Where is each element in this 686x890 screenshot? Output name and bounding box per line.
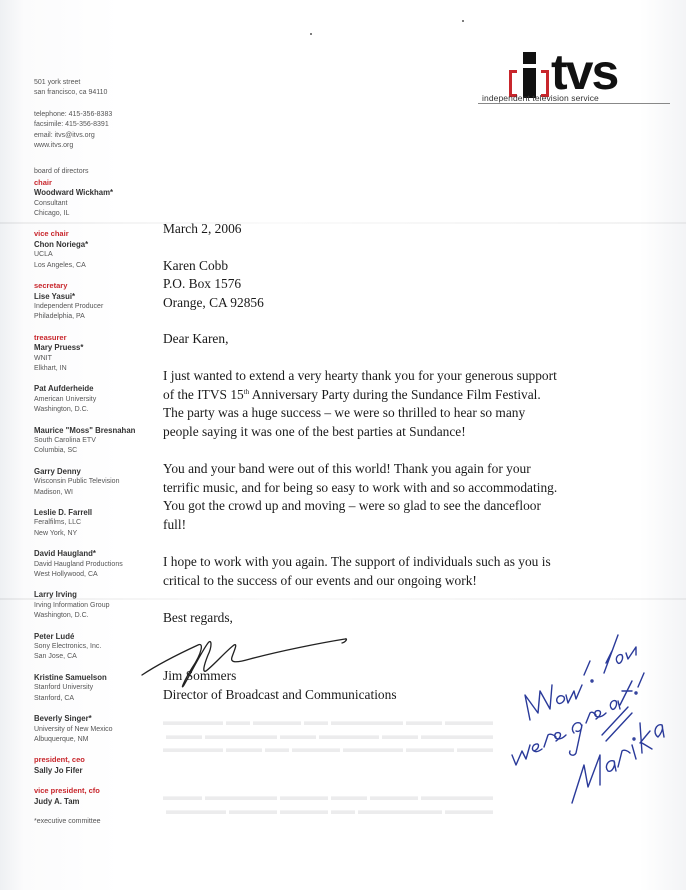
- text-segment: of the ITVS 15: [163, 387, 244, 402]
- board-member: David Haugland*David Haugland Production…: [34, 549, 154, 580]
- board-member-org: Independent Producer: [34, 302, 154, 312]
- board-member-name: Lise Yasui*: [34, 292, 154, 302]
- board-member-location: San Jose, CA: [34, 652, 154, 662]
- board-member: secretaryLise Yasui*Independent Producer…: [34, 281, 154, 323]
- board-member-org: Wisconsin Public Television: [34, 477, 154, 487]
- board-member-name: Beverly Singer*: [34, 714, 154, 724]
- text-line: You got the crowd up and moving – were s…: [163, 497, 673, 516]
- officer: vice president, cfoJudy A. Tam: [34, 786, 154, 807]
- board-of-directors: board of directors chairWoodward Wickham…: [34, 167, 154, 827]
- board-member-org: University of New Mexico: [34, 725, 154, 735]
- board-role: chair: [34, 178, 154, 188]
- board-member-name: Leslie D. Farrell: [34, 508, 154, 518]
- board-member-org: Irving Information Group: [34, 601, 154, 611]
- board-member: Maurice "Moss" BresnahanSouth Carolina E…: [34, 426, 154, 457]
- speck: [462, 20, 464, 22]
- recipient-name: Karen Cobb: [163, 257, 673, 276]
- board-role: secretary: [34, 281, 154, 291]
- logo-wordmark: tvs: [551, 47, 617, 97]
- text-line: terrific music, and for being so easy to…: [163, 479, 673, 498]
- itvs-logo: tvs: [509, 50, 669, 98]
- board-member-location: Stanford, CA: [34, 694, 154, 704]
- text-line: full!: [163, 516, 673, 535]
- board-member: Larry IrvingIrving Information GroupWash…: [34, 590, 154, 621]
- board-member-org: David Haugland Productions: [34, 560, 154, 570]
- website: www.itvs.org: [34, 141, 154, 151]
- text-line: You and your band were out of this world…: [163, 460, 673, 479]
- paragraph-3: I hope to work with you again. The suppo…: [163, 553, 673, 590]
- text-line: I just wanted to extend a very hearty th…: [163, 367, 673, 386]
- board-member-location: Washington, D.C.: [34, 405, 154, 415]
- bleed-through-text: ▬▬▬▬▬▬ ▬▬▬▬ ▬▬▬ ▬▬▬▬ ▬▬▬▬▬▬ ▬▬▬▬▬ ▬▬▬▬ ▬…: [163, 790, 493, 817]
- board-heading: board of directors: [34, 167, 154, 177]
- logo-tagline: independent television service: [482, 93, 599, 103]
- board-member-name: Pat Aufderheide: [34, 384, 154, 394]
- letterhead-sidebar: 501 york street san francisco, ca 94110 …: [34, 78, 154, 827]
- officer-name: Judy A. Tam: [34, 797, 154, 807]
- letter-page: tvs independent television service 501 y…: [0, 0, 686, 890]
- board-member: Beverly Singer*University of New MexicoA…: [34, 714, 154, 745]
- board-member: chairWoodward Wickham*ConsultantChicago,…: [34, 178, 154, 220]
- board-member-location: Elkhart, IN: [34, 364, 154, 374]
- board-member-name: Mary Pruess*: [34, 343, 154, 353]
- speck: [310, 33, 312, 35]
- text-line: I hope to work with you again. The suppo…: [163, 553, 673, 572]
- facsimile: facsimile: 415-356-8391: [34, 120, 154, 130]
- officer-role: vice president, cfo: [34, 786, 154, 796]
- officer-name: Sally Jo Fifer: [34, 766, 154, 776]
- board-member-org: South Carolina ETV: [34, 436, 154, 446]
- text-line: The party was a huge success – we were s…: [163, 404, 673, 423]
- board-member: Garry DennyWisconsin Public TelevisionMa…: [34, 467, 154, 498]
- board-member-name: Garry Denny: [34, 467, 154, 477]
- board-member-org: American University: [34, 395, 154, 405]
- text-line: critical to the success of our events an…: [163, 572, 673, 591]
- board-member-org: Feralfilms, LLC: [34, 518, 154, 528]
- telephone: telephone: 415-356-8383: [34, 110, 154, 120]
- handwritten-note: Wow! You were great! Marika: [500, 625, 680, 815]
- board-member-location: Chicago, IL: [34, 209, 154, 219]
- board-member-location: Philadelphia, PA: [34, 312, 154, 322]
- board-member: Kristine SamuelsonStanford UniversitySta…: [34, 673, 154, 704]
- board-member-name: Woodward Wickham*: [34, 188, 154, 198]
- board-member-location: New York, NY: [34, 529, 154, 539]
- board-member-org: Stanford University: [34, 683, 154, 693]
- board-member-org: WNIT: [34, 354, 154, 364]
- board-role: vice chair: [34, 229, 154, 239]
- board-member: treasurerMary Pruess*WNITElkhart, IN: [34, 333, 154, 375]
- board-member-name: Kristine Samuelson: [34, 673, 154, 683]
- contact-block: telephone: 415-356-8383 facsimile: 415-3…: [34, 110, 154, 152]
- board-member-name: David Haugland*: [34, 549, 154, 559]
- paragraph-2: You and your band were out of this world…: [163, 460, 673, 534]
- logo-i-dot: [523, 52, 536, 64]
- signature-scribble: [140, 633, 360, 693]
- board-member-org: Consultant: [34, 199, 154, 209]
- board-member: Pat AufderheideAmerican UniversityWashin…: [34, 384, 154, 415]
- board-member: Peter LudéSony Electronics, Inc.San Jose…: [34, 632, 154, 663]
- address-line: 501 york street: [34, 78, 154, 88]
- board-member-org: UCLA: [34, 250, 154, 260]
- board-member-location: Washington, D.C.: [34, 611, 154, 621]
- board-member: vice chairChon Noriega*UCLALos Angeles, …: [34, 229, 154, 271]
- board-member-name: Larry Irving: [34, 590, 154, 600]
- board-member-location: Albuquerque, NM: [34, 735, 154, 745]
- recipient-city: Orange, CA 92856: [163, 294, 673, 313]
- board-member-name: Chon Noriega*: [34, 240, 154, 250]
- text-segment: Anniversary Party during the Sundance Fi…: [249, 387, 541, 402]
- bleed-through-text: ▬▬▬▬ ▬▬▬ ▬▬▬▬▬▬ ▬▬ ▬▬▬▬ ▬▬ ▬▬▬▬▬▬ ▬▬▬▬ ▬…: [163, 715, 493, 756]
- text-line: people saying it was one of the best par…: [163, 423, 673, 442]
- address-line: san francisco, ca 94110: [34, 88, 154, 98]
- recipient-address: Karen Cobb P.O. Box 1576 Orange, CA 9285…: [163, 257, 673, 313]
- recipient-street: P.O. Box 1576: [163, 275, 673, 294]
- board-member-location: Los Angeles, CA: [34, 261, 154, 271]
- board-member-location: Columbia, SC: [34, 446, 154, 456]
- board-member-location: Madison, WI: [34, 488, 154, 498]
- board-member-name: Maurice "Moss" Bresnahan: [34, 426, 154, 436]
- board-member-location: West Hollywood, CA: [34, 570, 154, 580]
- board-role: treasurer: [34, 333, 154, 343]
- address-block: 501 york street san francisco, ca 94110: [34, 78, 154, 99]
- officer-role: president, ceo: [34, 755, 154, 765]
- officer: president, ceoSally Jo Fifer: [34, 755, 154, 776]
- board-member-name: Peter Ludé: [34, 632, 154, 642]
- text-line: of the ITVS 15th Anniversary Party durin…: [163, 386, 673, 405]
- executive-committee-footnote: *executive committee: [34, 817, 154, 827]
- board-member: Leslie D. FarrellFeralfilms, LLCNew York…: [34, 508, 154, 539]
- board-member-org: Sony Electronics, Inc.: [34, 642, 154, 652]
- paragraph-1: I just wanted to extend a very hearty th…: [163, 367, 673, 441]
- salutation: Dear Karen,: [163, 330, 673, 349]
- email: email: itvs@itvs.org: [34, 131, 154, 141]
- letter-date: March 2, 2006: [163, 220, 673, 239]
- logo-rule: [478, 103, 670, 104]
